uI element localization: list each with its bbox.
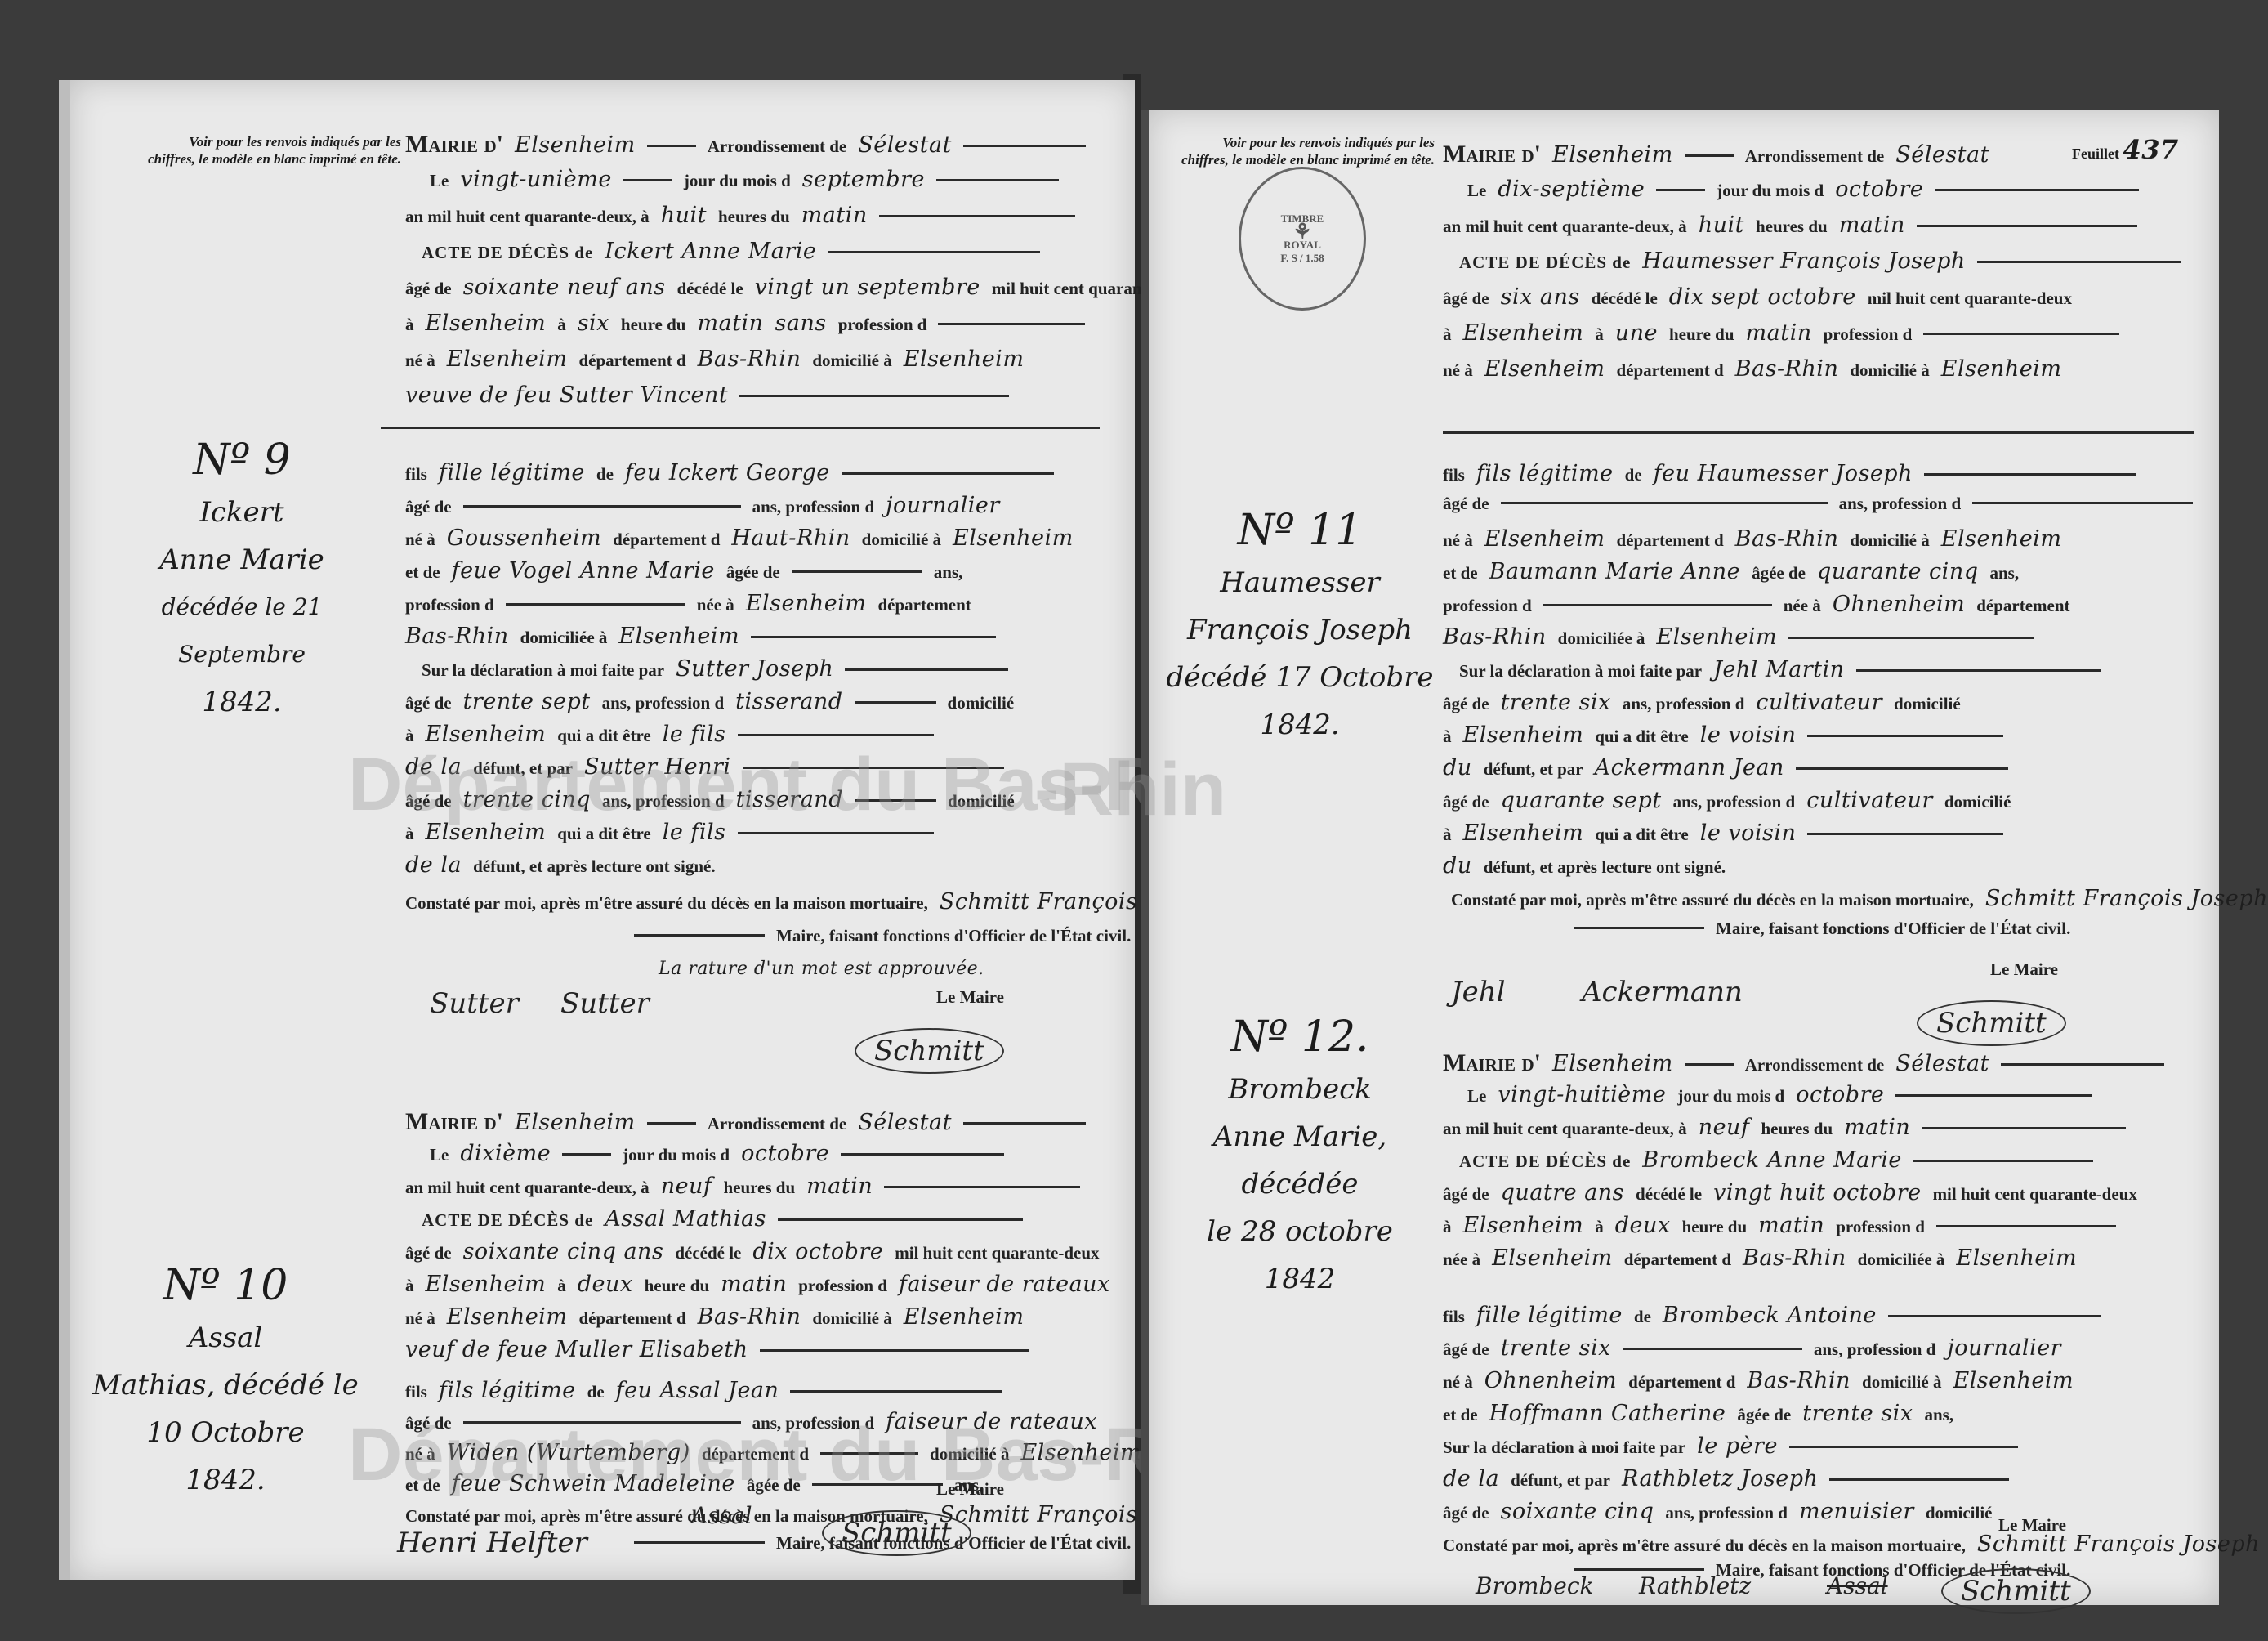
left-page: Voir pour les renvois indiqués par les c… bbox=[59, 80, 1135, 1580]
signature-declarant-2: Assal bbox=[691, 1502, 752, 1529]
signature-declarant-1: Sutter bbox=[430, 987, 519, 1020]
right-page: Voir pour les renvois indiqués par les c… bbox=[1141, 110, 2219, 1605]
approval-note: La rature d'un mot est approuvée. bbox=[659, 959, 984, 979]
record-number: Nº 9 bbox=[103, 431, 381, 489]
mairie-value: Elsenheim bbox=[515, 132, 636, 158]
deceased-name: Ickert Anne Marie bbox=[605, 239, 816, 264]
signature-mayor: Schmitt bbox=[822, 1510, 971, 1556]
margin-note-12: Nº 12. Brombeck Anne Marie, décédée le 2… bbox=[1165, 1008, 1435, 1303]
signature-mayor: Schmitt bbox=[855, 1028, 1004, 1074]
instruction-note: Voir pour les renvois indiqués par les c… bbox=[1173, 134, 1435, 168]
declarant-1: Sutter Joseph bbox=[676, 656, 833, 682]
signature-declarant-2: Sutter bbox=[560, 987, 650, 1020]
tax-stamp: TIMBRE⚘ROYALF. S / 1.58 bbox=[1239, 167, 1366, 311]
instruction-note: Voir pour les renvois indiqués par les c… bbox=[140, 133, 401, 168]
margin-note-11: Nº 11 Haumesser François Joseph décédé 1… bbox=[1165, 502, 1435, 749]
margin-note-10: Nº 10 Assal Mathias, décédé le 10 Octobr… bbox=[87, 1257, 364, 1504]
margin-note-9: Nº 9 Ickert Anne Marie décédée le 21 Sep… bbox=[103, 431, 381, 726]
feuillet-number: 437 bbox=[2123, 134, 2178, 165]
declarant-2: Sutter Henri bbox=[584, 754, 731, 780]
le-maire-label: Le Maire bbox=[936, 987, 1004, 1008]
signature-declarant-1: Henri Helfter bbox=[397, 1527, 587, 1559]
feuillet-label: Feuillet 437 bbox=[2072, 134, 2179, 165]
